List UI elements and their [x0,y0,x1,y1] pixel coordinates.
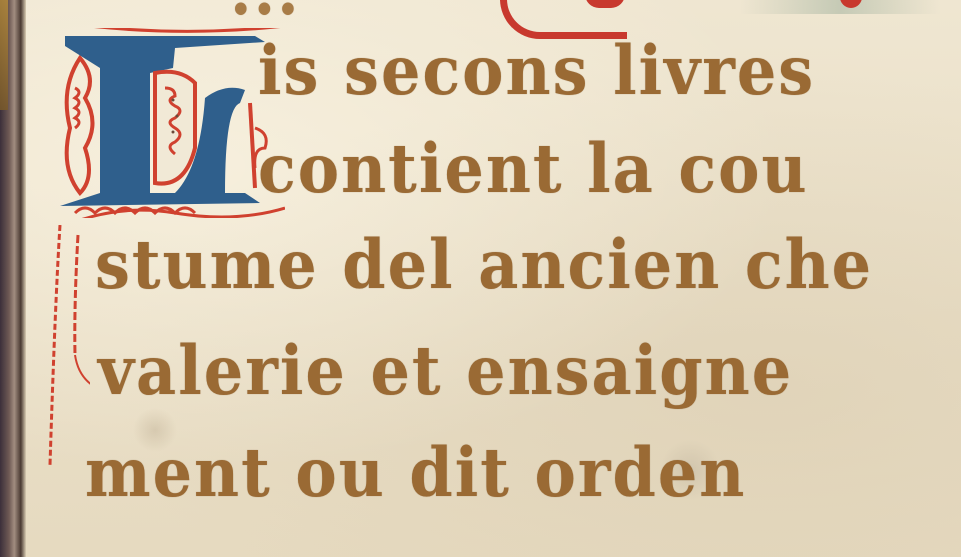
text-line-5: ment ou dit orden [85,440,746,507]
text-line-2: contient la cou [258,136,809,203]
text-line-top-fragment: ... [230,0,301,25]
text-line-3: stume del ancien che [95,232,873,299]
manuscript-page: ... is secons livres contient la cou stu… [0,0,961,557]
text-line-1: is secons livres [258,38,815,105]
text-line-4: valerie et ensaigne [98,338,793,405]
text-block: ... is secons livres contient la cou stu… [0,0,961,557]
